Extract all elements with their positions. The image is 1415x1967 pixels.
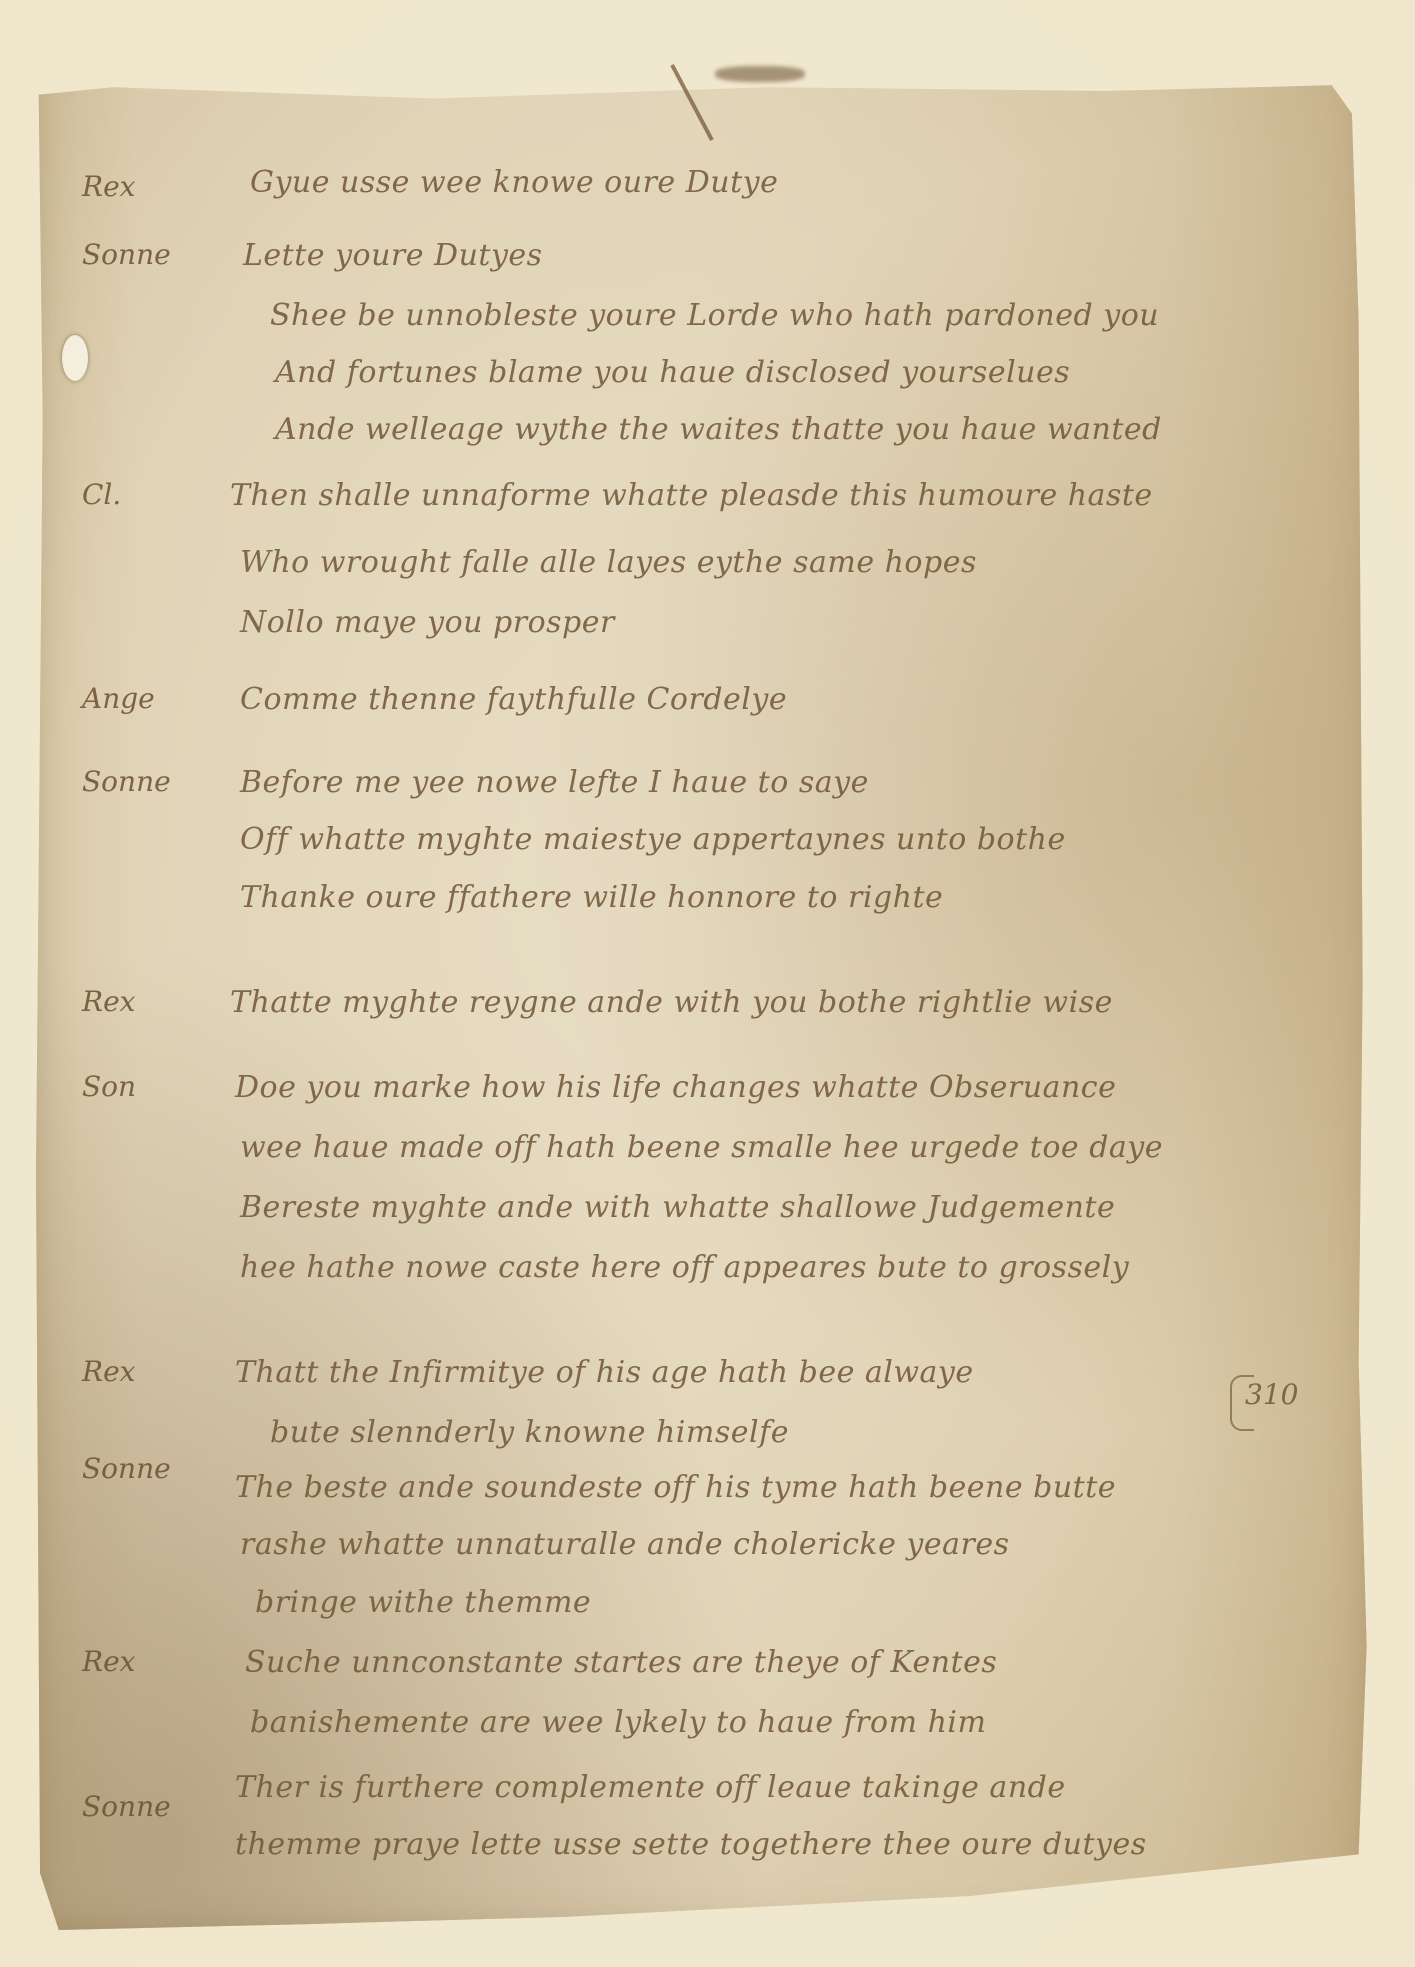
speaker-label: Rex [82, 985, 135, 1018]
speaker-label: Son [82, 1070, 136, 1103]
text-line: Thatt the Infirmitye of his age hath bee… [235, 1355, 974, 1390]
text-line: themme praye lette usse sette togethere … [235, 1827, 1147, 1862]
text-line: Who wrought falle alle layes eythe same … [240, 545, 977, 580]
text-line: Before me yee nowe lefte I haue to saye [240, 765, 869, 800]
ink-blot [715, 66, 805, 82]
text-line: wee haue made off hath beene smalle hee … [240, 1130, 1163, 1165]
paper-hole [62, 335, 88, 381]
speaker-label: Sonne [82, 765, 171, 798]
text-line: bringe withe themme [255, 1585, 591, 1620]
text-line: Nollo maye you prosper [240, 605, 615, 640]
text-line: hee hathe nowe caste here off appeares b… [240, 1250, 1129, 1285]
text-line: Thanke oure ffathere wille honnore to ri… [240, 880, 943, 915]
text-line: Ther is furthere complemente off leaue t… [235, 1770, 1066, 1805]
text-line: Gyue ussе wee knowe oure Dutye [250, 165, 778, 200]
text-line: Then shalle unnaforme whatte pleasde thi… [230, 478, 1153, 513]
text-line: Shee be unnobleste youre Lorde who hath … [270, 298, 1159, 333]
speaker-label: Sonne [82, 1790, 171, 1823]
text-line: Off whatte myghte maiestye appertaynes u… [240, 822, 1066, 857]
text-line: Bereste myghte ande with whatte shallowe… [240, 1190, 1115, 1225]
text-line: And fortunes blame you haue disclosed yo… [275, 355, 1070, 390]
text-line: Comme thenne faythfulle Cordelye [240, 682, 787, 717]
ink-mark-top [670, 60, 820, 120]
folio-number: 310 [1245, 1378, 1298, 1411]
text-line: banishemente are wee lykely to haue from… [250, 1705, 986, 1740]
speaker-label: Ange [82, 682, 155, 715]
speaker-label: Rex [82, 1355, 135, 1388]
text-line: Doe you marke how his life changes whatt… [235, 1070, 1116, 1105]
speaker-label: Sonne [82, 238, 171, 271]
text-line: rashe whatte unnaturalle ande cholericke… [240, 1527, 1009, 1562]
speaker-label: Rex [82, 1645, 135, 1678]
text-line: Ande welleage wythe the waites thatte yo… [275, 412, 1162, 447]
speaker-label: Rex [82, 170, 135, 203]
text-line: The beste ande soundeste off his tyme ha… [235, 1470, 1116, 1505]
speaker-label: Sonne [82, 1452, 171, 1485]
speaker-label: Cl. [82, 478, 121, 511]
text-line: Thatte myghte reygne ande with you bothe… [230, 985, 1113, 1020]
text-line: Suche unnconstante startes are theye of … [245, 1645, 997, 1680]
text-line: bute slennderly knowne himselfe [270, 1415, 789, 1450]
text-line: Lette youre Dutyes [243, 238, 543, 273]
